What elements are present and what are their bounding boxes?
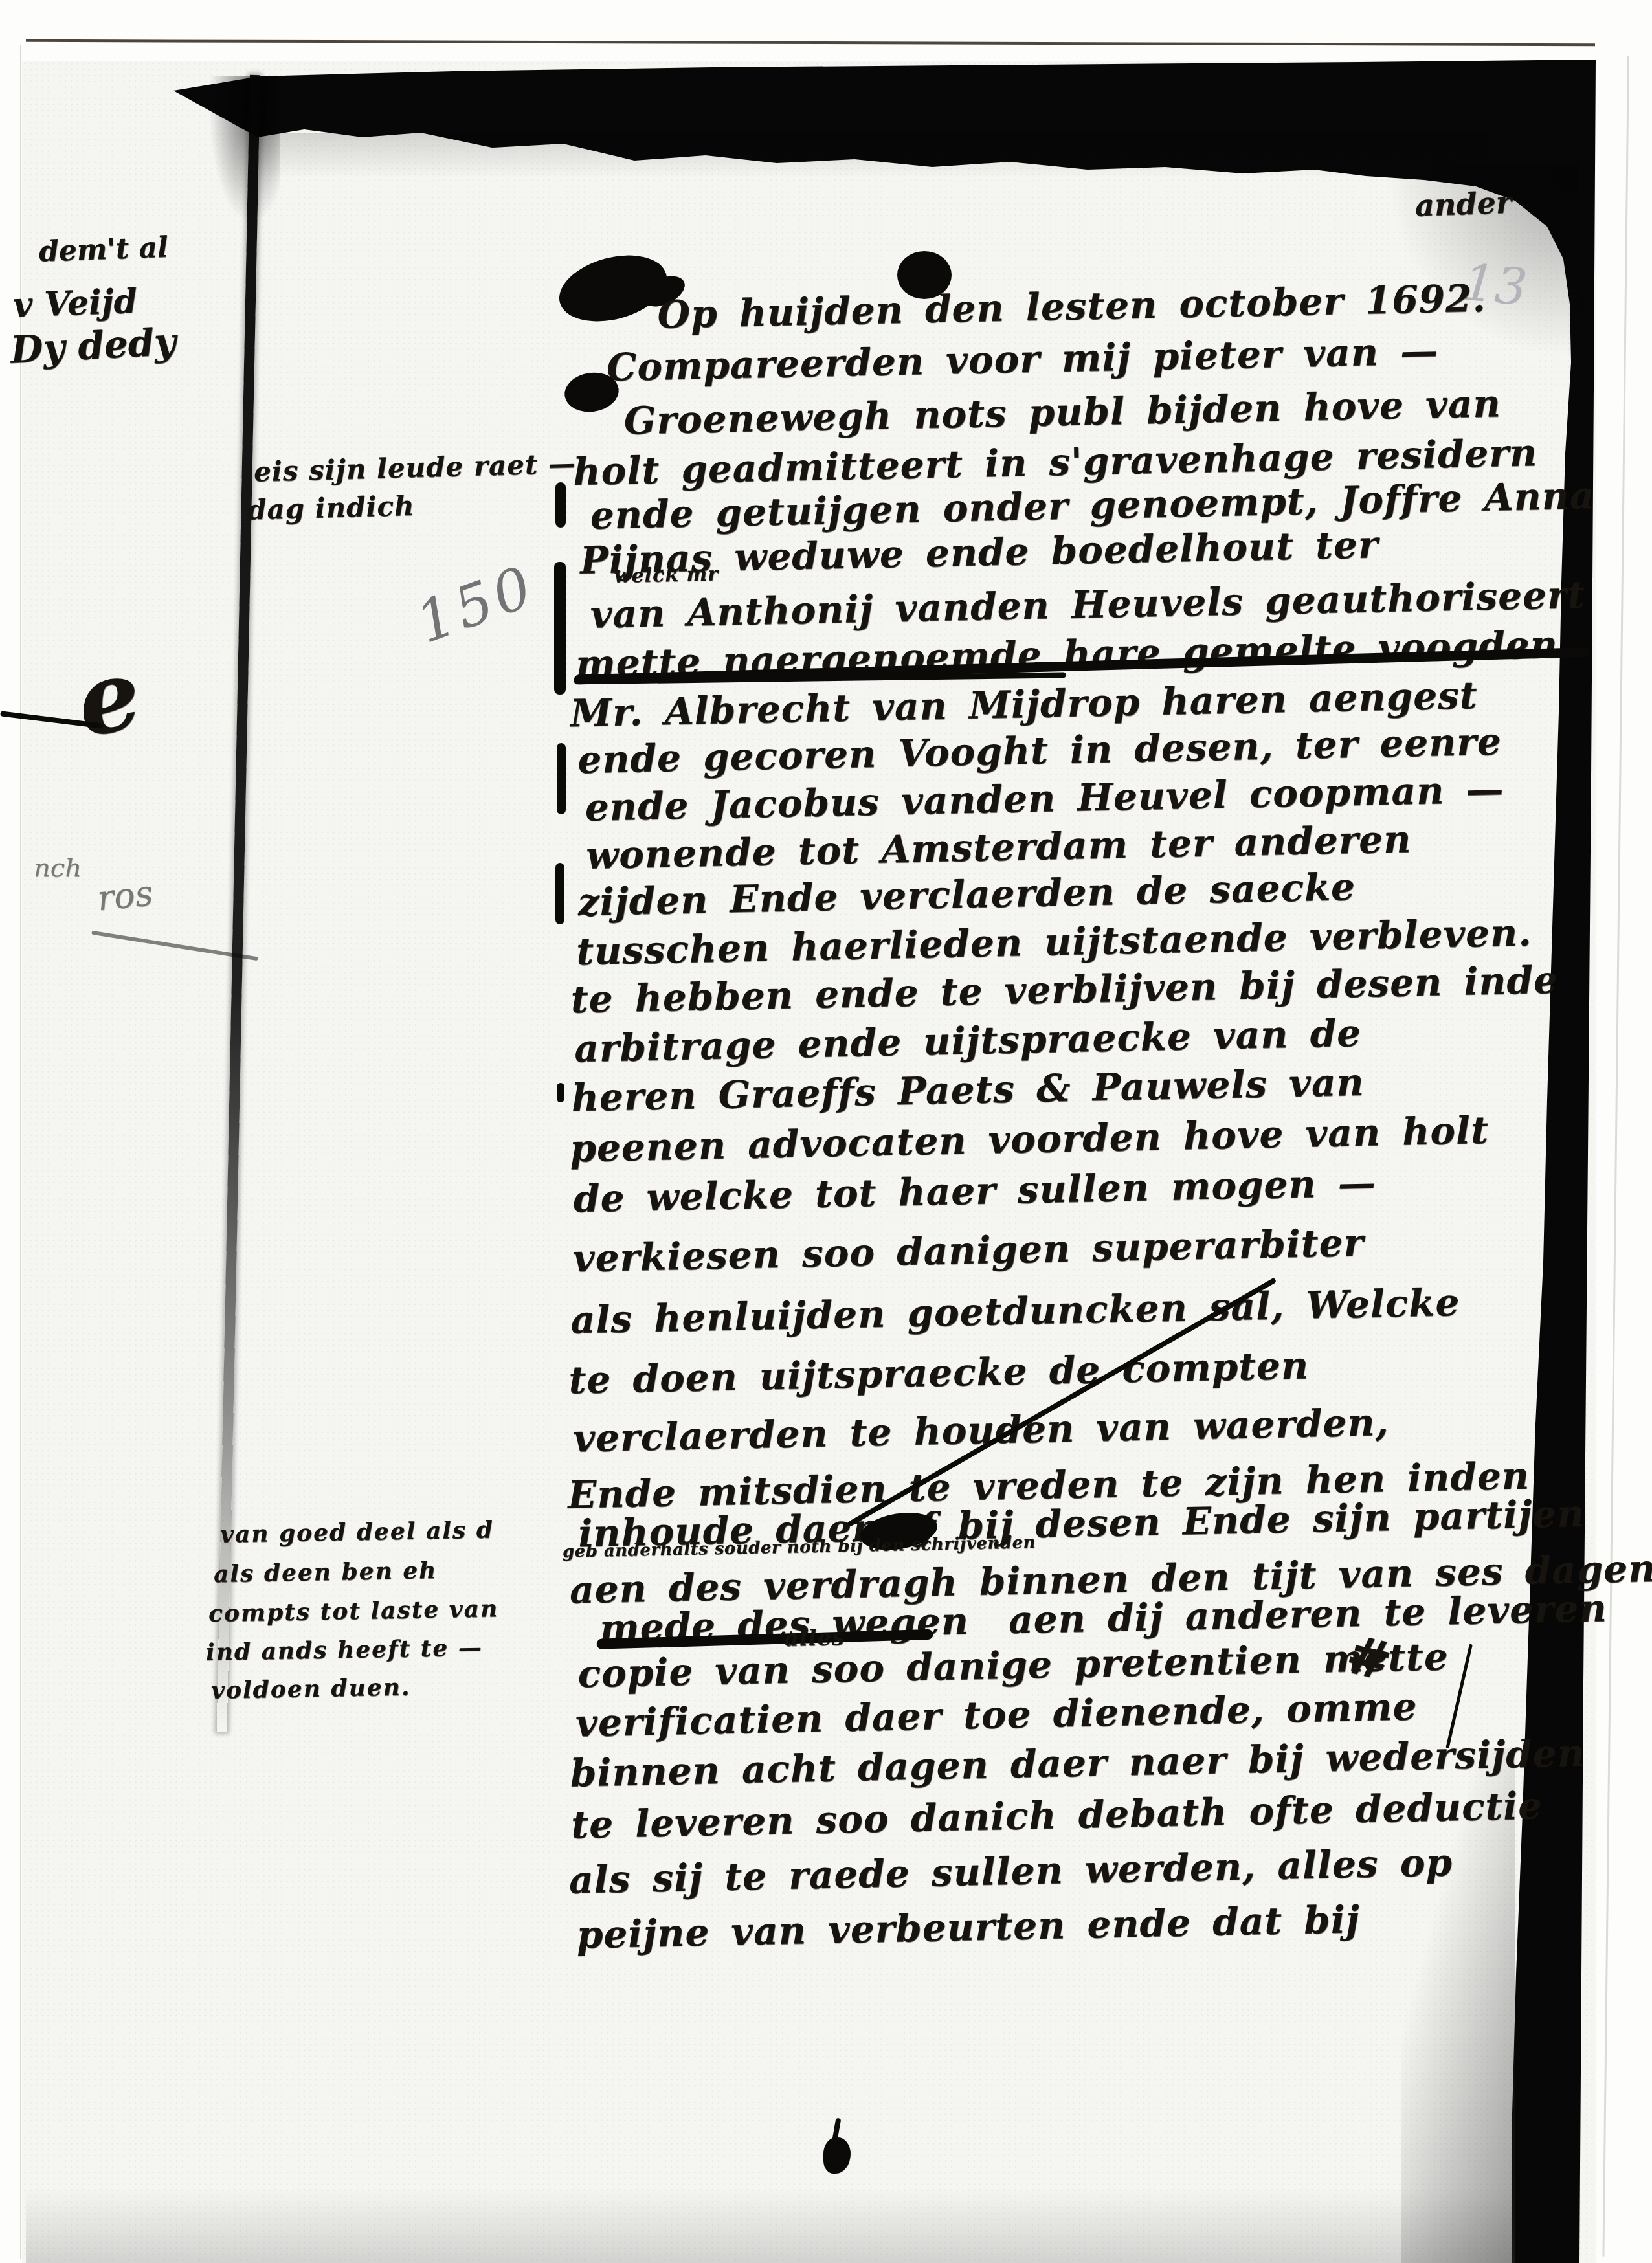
manuscript-line: te leveren soo danich debath ofte deduct…	[571, 1783, 1543, 1847]
corner-word: ander	[1414, 184, 1512, 223]
manuscript-line: als henluijden goetduncken sal, Welcke	[570, 1280, 1460, 1343]
manuscript-text-block: Op huijden den lesten october 1692. Comp…	[530, 257, 1652, 1987]
margin-note-lower: ind ands heeft te —	[206, 1634, 483, 1666]
previous-page-fragment-faint: nch	[34, 853, 82, 883]
manuscript-line: te doen uijtspraecke de compten	[568, 1343, 1310, 1402]
fold-smear	[208, 76, 280, 225]
manuscript-line: Op huijden den lesten october 1692.	[657, 276, 1486, 337]
scanned-manuscript-page: { "scan": { "corner_word": "ander", "fol…	[0, 0, 1652, 2263]
previous-page-fragment: dem't al	[38, 231, 168, 269]
manuscript-line: als sij te raede sullen werden, alles op	[568, 1840, 1453, 1902]
bottom-paper-speckle	[26, 2188, 1515, 2263]
scan-edge-line-left	[20, 45, 21, 2259]
margin-note-lower: voldoen duen.	[211, 1673, 411, 1704]
margin-note-lower: compts tot laste van	[208, 1595, 499, 1627]
margin-note-lower: als deen ben eh	[214, 1557, 438, 1588]
margin-note-lower: van goed deel als d	[220, 1516, 495, 1548]
manuscript-line: heren Graeffs Paets & Pauwels van	[571, 1060, 1365, 1120]
scan-edge-line-top	[26, 39, 1595, 46]
previous-page-fragment: Dy dedy	[9, 319, 177, 372]
previous-page-fragment-faint: ros	[95, 873, 155, 919]
interline-note: welck mr	[614, 563, 719, 587]
manuscript-line: peijne van verbeurten ende dat bij	[576, 1897, 1360, 1957]
manuscript-line: de welcke tot haer sullen mogen —	[573, 1161, 1376, 1221]
manuscript-line: Compareerden voor mij pieter van —	[606, 329, 1438, 390]
torn-edge-shadow	[259, 133, 1489, 178]
manuscript-line: verkiesen soo danigen superarbiter	[572, 1221, 1365, 1281]
margin-note-upper: dag indich	[247, 490, 415, 526]
previous-page-fragment: v Veijd	[12, 282, 138, 326]
manuscript-line: arbitrage ende uijtspraecke van de	[574, 1011, 1362, 1071]
